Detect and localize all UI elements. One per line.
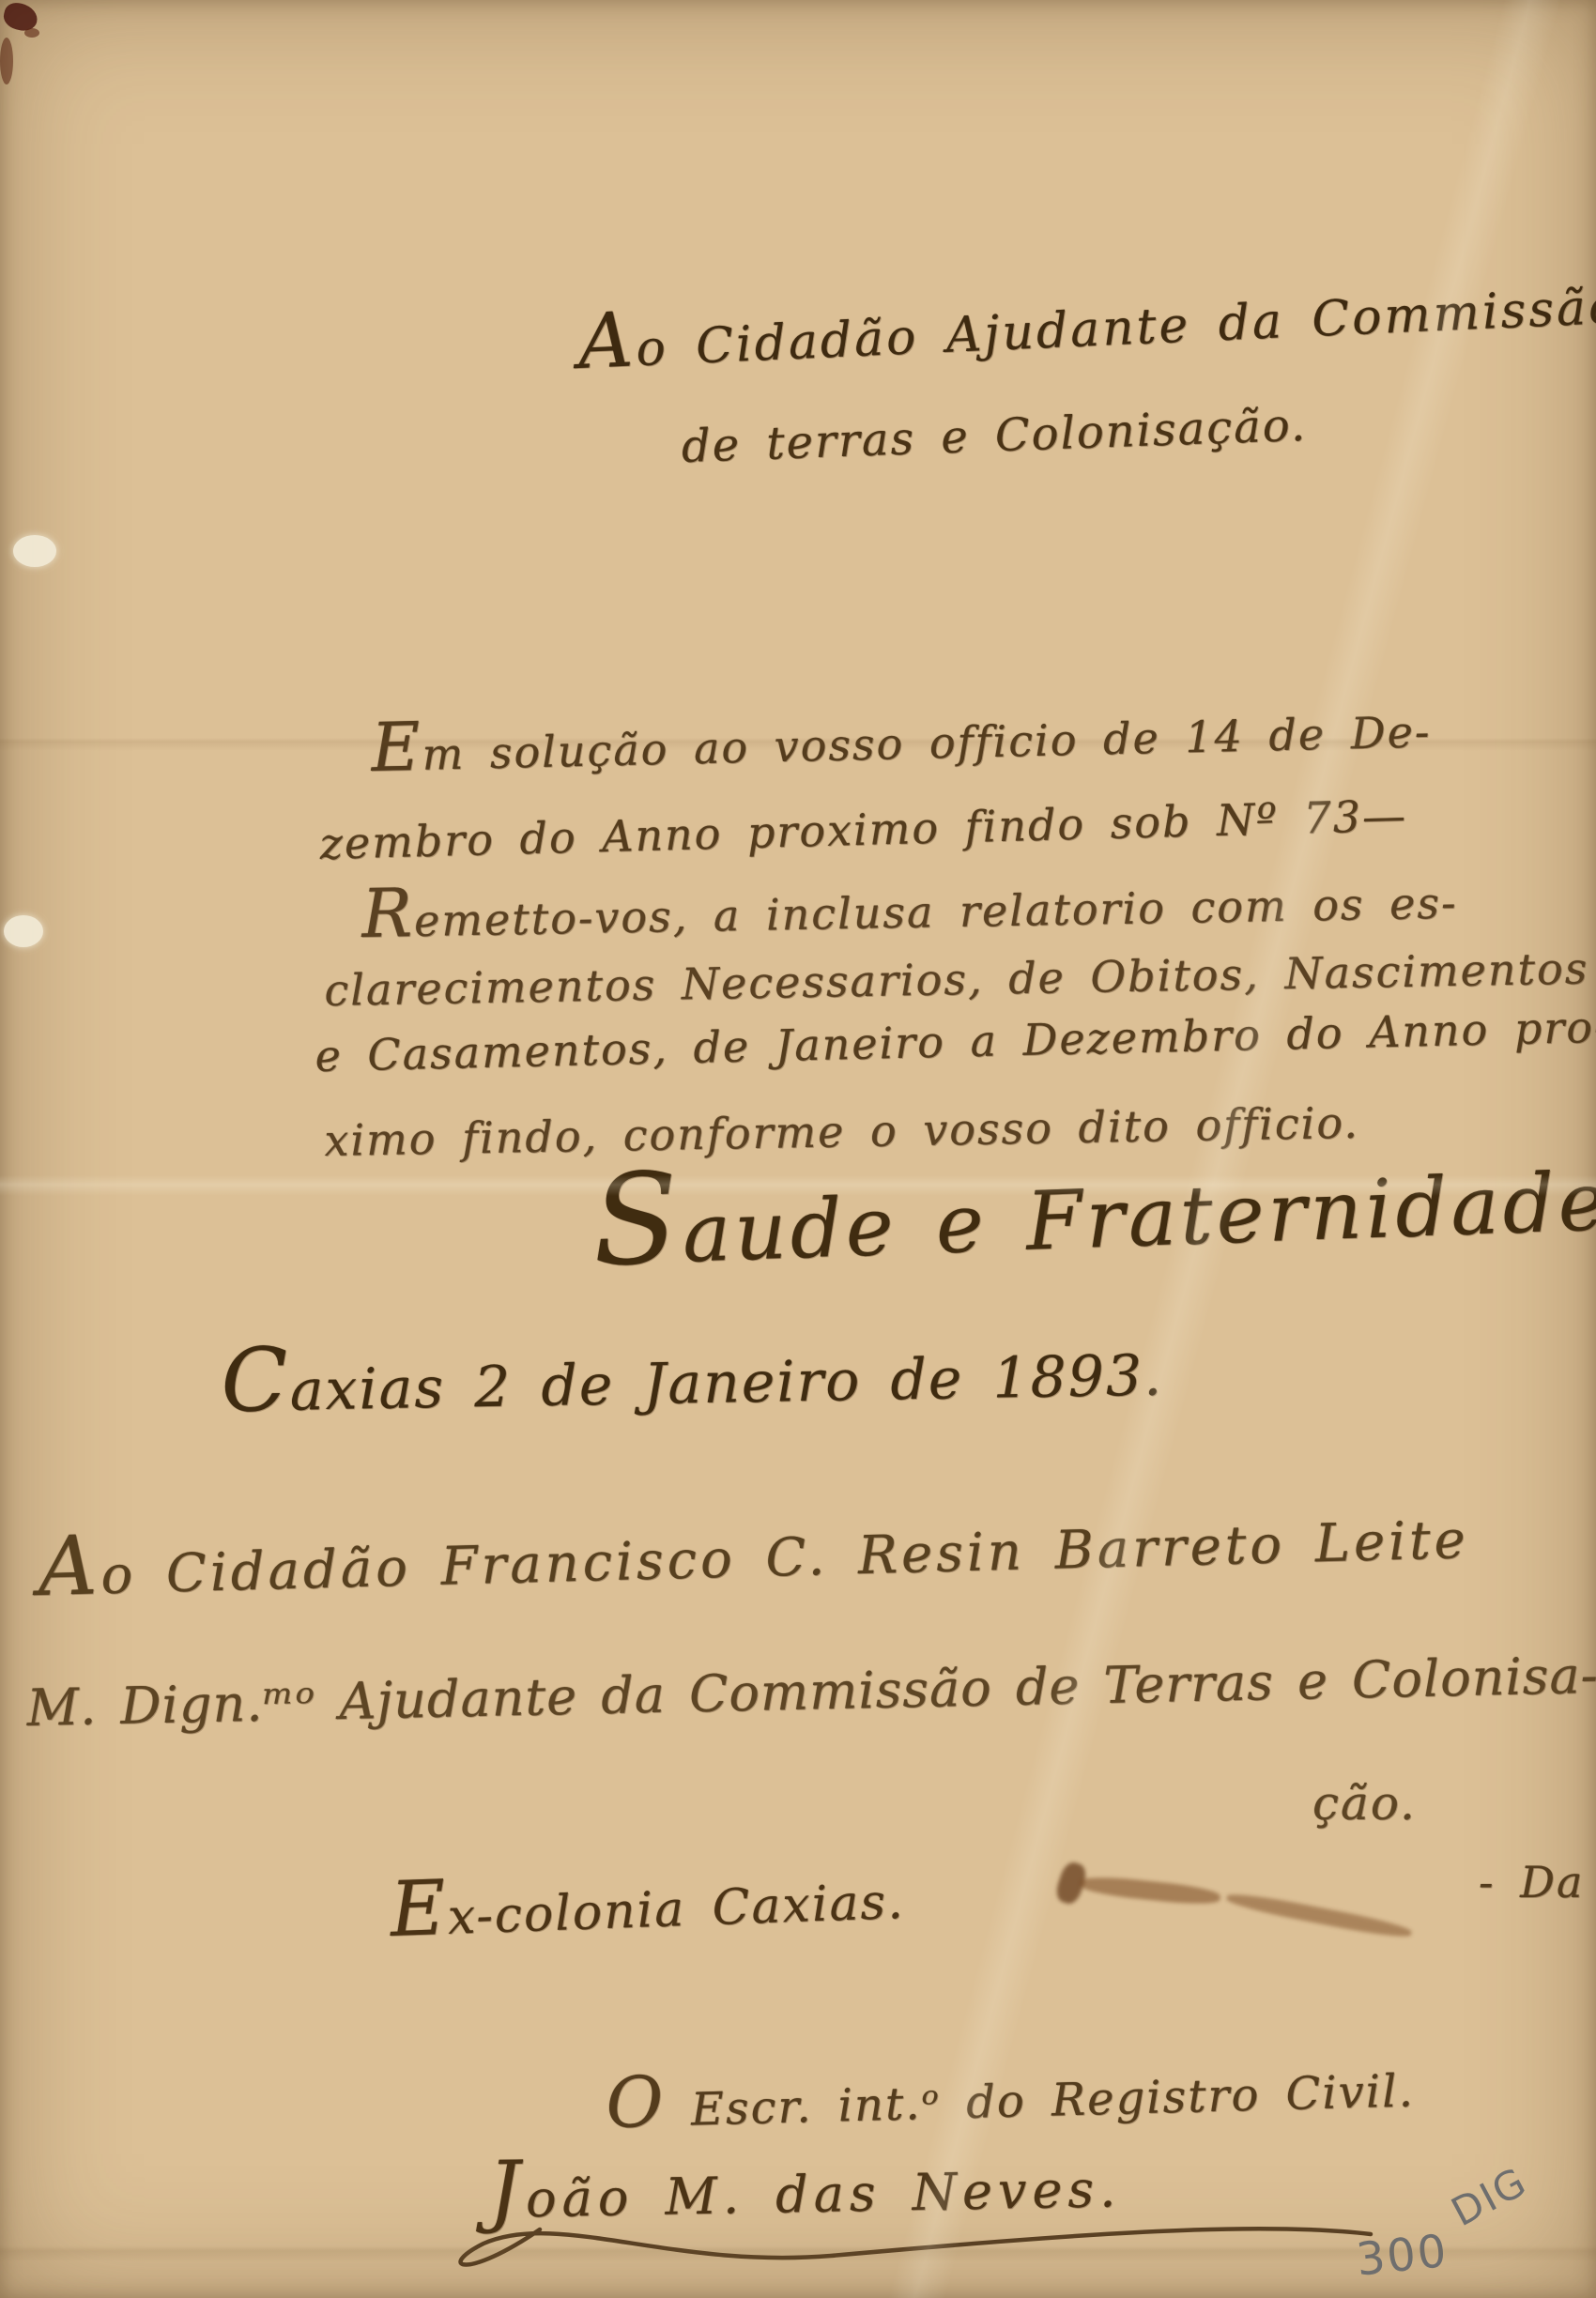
ink-smudge [1225,1890,1413,1941]
signature-name: João M. das Neves. [488,2159,1122,2229]
pencil-note-number: 300 [1354,2225,1450,2287]
addressee-line-3: ção. [1312,1776,1417,1831]
pencil-note-dig: DIG [1444,2158,1535,2235]
ex-colonia-line: Ex-colonia Caxias. [390,1874,906,1948]
dateline: Caxias 2 de Janeiro de 1893. [221,1342,1164,1425]
body-line-4: clarecimentos Necessarios, de Obitos, Na… [324,942,1589,1016]
signer-title: O Escr. int.ᵒ do Registro Civil. [606,2064,1415,2138]
body-line-2: zembro do Anno proximo findo sob Nº 73— [319,790,1408,869]
corner-stain [24,28,39,38]
salutation: Saude e Fraternidade. [591,1154,1596,1284]
paper-damage-spot [13,535,56,567]
ink-smudge [1079,1874,1220,1907]
body-line-6: ximo findo, conforme o vosso dito offici… [324,1097,1359,1166]
header-line-2: de terras e Colonisação. [681,399,1308,473]
corner-stain [0,38,13,84]
addressee-line-1: Ao Cidadão Francisco C. Resin Barreto Le… [38,1509,1469,1608]
addressee-line-2: M. Dign.ᵐᵒ Ajudante da Commissão de Terr… [26,1646,1596,1738]
catchword: - Da [1479,1857,1584,1907]
body-line-1: Em solução ao vosso officio de 14 de De- [371,706,1432,781]
manuscript-page: Ao Cidadão Ajudante da Commissão de terr… [0,0,1596,2298]
corner-stain [1,0,40,34]
header-line-1: Ao Cidadão Ajudante da Commissão [577,279,1596,380]
body-line-3: Remetto-vos, a inclusa relatorio com os … [361,878,1458,947]
paper-damage-spot [4,915,43,947]
body-line-5: e Casamentos, de Janeiro a Dezembro do A… [315,1002,1596,1081]
